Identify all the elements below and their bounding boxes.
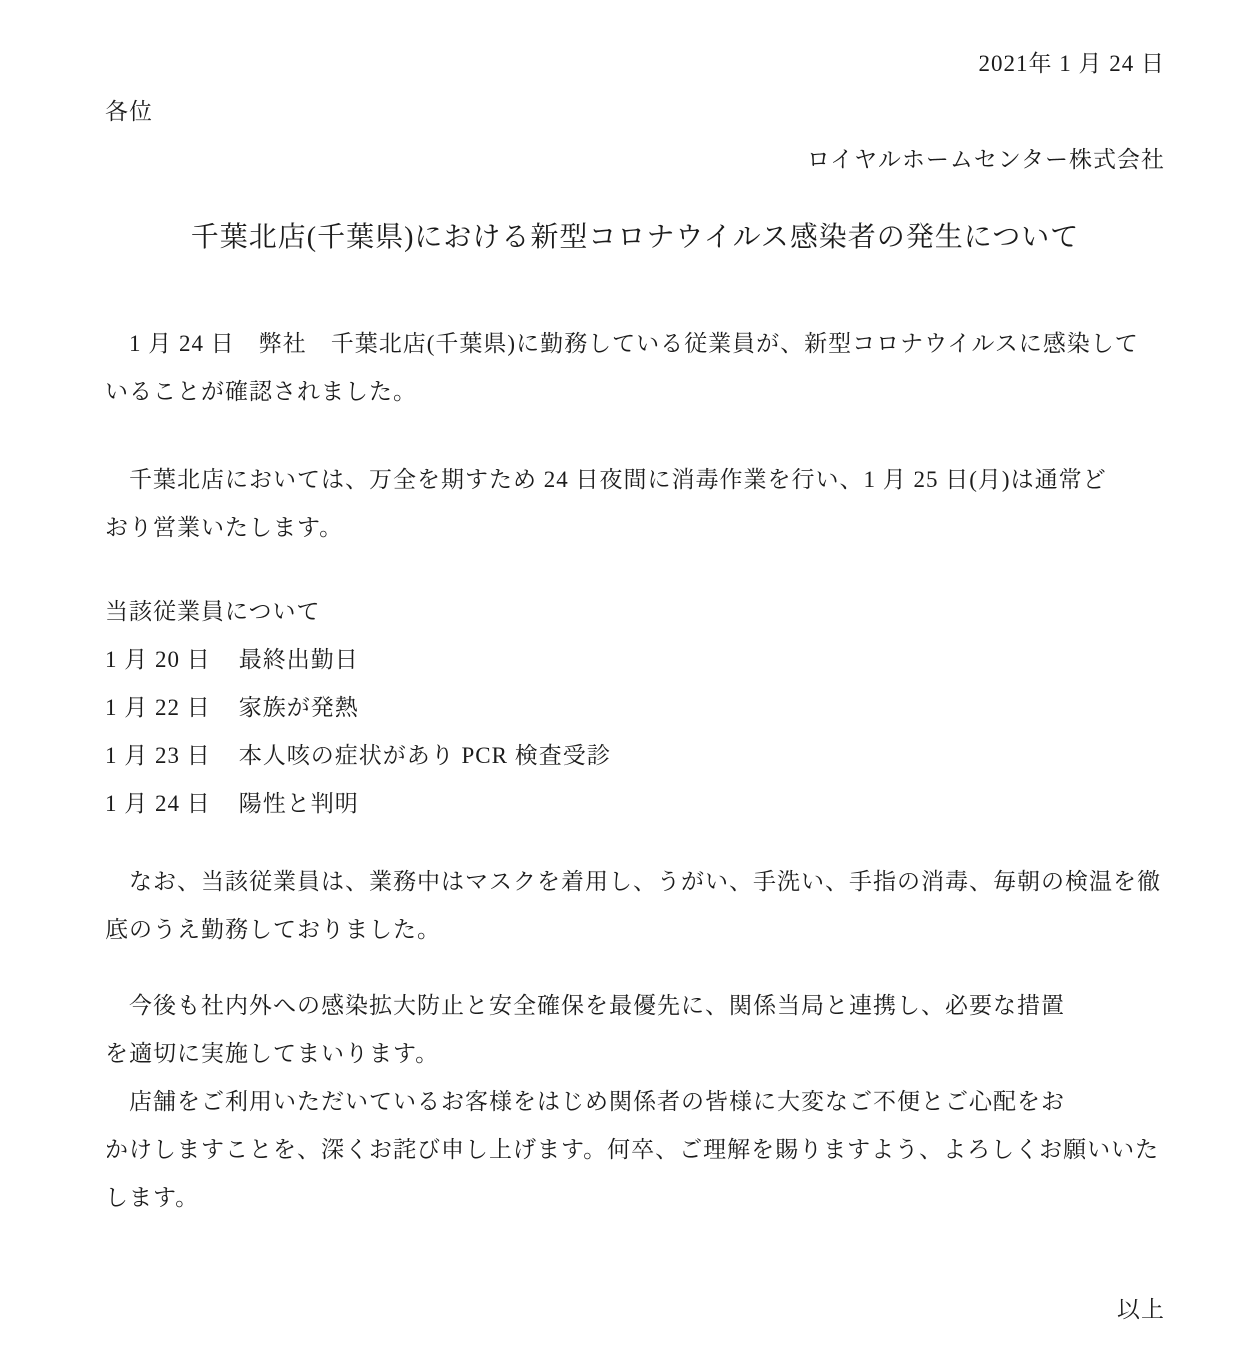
employee-section: 当該従業員について 1 月 20 日最終出勤日 1 月 22 日家族が発熱 1 …	[105, 588, 1165, 828]
employee-timeline: 1 月 20 日最終出勤日 1 月 22 日家族が発熱 1 月 23 日本人咳の…	[105, 636, 1165, 828]
timeline-date: 1 月 23 日	[105, 743, 211, 768]
employee-section-heading: 当該従業員について	[105, 588, 1165, 636]
timeline-row: 1 月 24 日陽性と判明	[105, 780, 1165, 828]
paragraph-apology: 店舗をご利用いただいているお客様をはじめ関係者の皆様に大変なご不便とご心配をお …	[105, 1078, 1165, 1222]
timeline-event: 最終出勤日	[239, 647, 359, 672]
timeline-row: 1 月 20 日最終出勤日	[105, 636, 1165, 684]
salutation: 各位	[105, 88, 1165, 136]
paragraph-employee-precautions: なお、当該従業員は、業務中はマスクを着用し、うがい、手洗い、手指の消毒、毎朝の検…	[105, 858, 1165, 954]
company-name: ロイヤルホームセンター株式会社	[105, 136, 1165, 184]
notice-document-page: 2021年 1 月 24 日 各位 ロイヤルホームセンター株式会社 千葉北店(千…	[0, 0, 1236, 1361]
document-title: 千葉北店(千葉県)における新型コロナウイルス感染者の発生について	[105, 216, 1165, 260]
timeline-event: 陽性と判明	[239, 791, 359, 816]
closing-ijou: 以上	[105, 1286, 1165, 1334]
timeline-date: 1 月 24 日	[105, 791, 211, 816]
timeline-row: 1 月 22 日家族が発熱	[105, 684, 1165, 732]
timeline-date: 1 月 20 日	[105, 647, 211, 672]
timeline-date: 1 月 22 日	[105, 695, 211, 720]
document-date: 2021年 1 月 24 日	[105, 40, 1165, 88]
timeline-event: 家族が発熱	[239, 695, 359, 720]
timeline-row: 1 月 23 日本人咳の症状があり PCR 検査受診	[105, 732, 1165, 780]
paragraph-disinfection-operation: 千葉北店においては、万全を期すため 24 日夜間に消毒作業を行い、1 月 25 …	[105, 456, 1165, 552]
paragraph-future-measures: 今後も社内外への感染拡大防止と安全確保を最優先に、関係当局と連携し、必要な措置 …	[105, 982, 1165, 1078]
timeline-event: 本人咳の症状があり PCR 検査受診	[239, 743, 611, 768]
paragraph-infection-announcement: 1 月 24 日 弊社 千葉北店(千葉県)に勤務している従業員が、新型コロナウイ…	[105, 320, 1165, 416]
